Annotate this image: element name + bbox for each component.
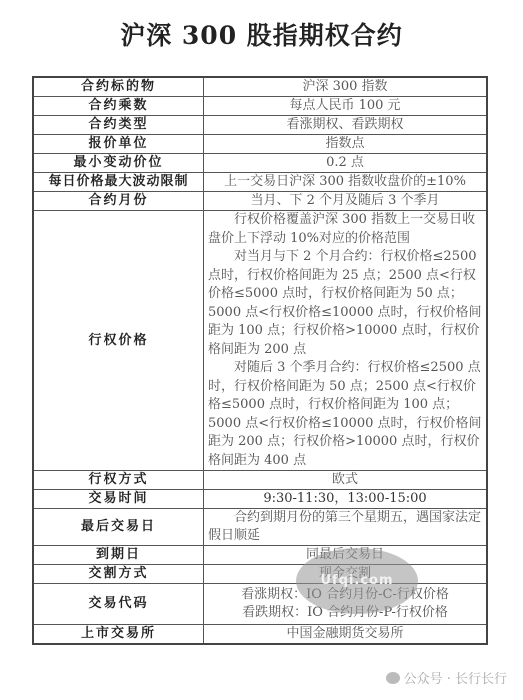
- row-label: 最小变动价位: [33, 154, 204, 173]
- row-value: 行权价格覆盖沪深 300 指数上一交易日收盘价上下浮动 10%对应的价格范围 对…: [204, 211, 488, 471]
- table-row: 每日价格最大波动限制 上一交易日沪深 300 指数收盘价的±10%: [33, 173, 487, 192]
- row-label: 交割方式: [33, 565, 204, 584]
- row-label: 合约月份: [33, 192, 204, 211]
- footer-text: 公众号 · 长行长行: [404, 668, 507, 687]
- row-value: 合约到期月份的第三个星期五，遇国家法定假日顺延: [204, 509, 488, 546]
- row-label: 报价单位: [33, 135, 204, 154]
- footer-attribution: 公众号 · 长行长行: [386, 668, 507, 687]
- row-value: 欧式: [204, 471, 488, 490]
- row-value: 沪深 300 指数: [204, 77, 488, 97]
- table-row: 报价单位 指数点: [33, 135, 487, 154]
- table-row: 交易时间 9:30-11:30，13:00-15:00: [33, 490, 487, 509]
- table-row: 合约乘数 每点人民币 100 元: [33, 97, 487, 116]
- table-row: 合约标的物 沪深 300 指数: [33, 77, 487, 97]
- row-value: 每点人民币 100 元: [204, 97, 488, 116]
- row-value: 指数点: [204, 135, 488, 154]
- table-row: 最小变动价位 0.2 点: [33, 154, 487, 173]
- near-month-strike-paragraph: 对当月与下 2 个月合约：行权价格≤2500 点时，行权价格间距为 25 点；2…: [208, 248, 482, 359]
- row-label: 交易代码: [33, 584, 204, 625]
- row-label: 每日价格最大波动限制: [33, 173, 204, 192]
- table-row: 到期日 同最后交易日: [33, 546, 487, 565]
- row-label: 上市交易所: [33, 625, 204, 645]
- row-label: 交易时间: [33, 490, 204, 509]
- row-value: 上一交易日沪深 300 指数收盘价的±10%: [204, 173, 488, 192]
- row-value: 中国金融期货交易所: [204, 625, 488, 645]
- table-row: 合约类型 看涨期权、看跌期权: [33, 116, 487, 135]
- row-value: 当月、下 2 个月及随后 3 个季月: [204, 192, 488, 211]
- last-trading-day-text: 合约到期月份的第三个星期五，遇国家法定假日顺延: [208, 509, 482, 545]
- table-row: 交割方式 现金交割: [33, 565, 487, 584]
- document-title: 沪深 300 股指期权合约: [0, 16, 523, 52]
- table-row: 最后交易日 合约到期月份的第三个星期五，遇国家法定假日顺延: [33, 509, 487, 546]
- row-value: 9:30-11:30，13:00-15:00: [204, 490, 488, 509]
- table-row: 交易代码 看涨期权：IO 合约月份-C-行权价格 看跌期权：IO 合约月份-P-…: [33, 584, 487, 625]
- table-row: 行权方式 欧式: [33, 471, 487, 490]
- watermark: Ufqi.com: [296, 548, 418, 614]
- row-label: 合约类型: [33, 116, 204, 135]
- strike-range-paragraph: 行权价格覆盖沪深 300 指数上一交易日收盘价上下浮动 10%对应的价格范围: [208, 211, 482, 248]
- row-value: 0.2 点: [204, 154, 488, 173]
- table-row: 行权价格 行权价格覆盖沪深 300 指数上一交易日收盘价上下浮动 10%对应的价…: [33, 211, 487, 471]
- quarterly-strike-paragraph: 对随后 3 个季月合约：行权价格≤2500 点时，行权价格间距为 50 点；25…: [208, 359, 482, 470]
- row-label: 最后交易日: [33, 509, 204, 546]
- contract-spec-table: 合约标的物 沪深 300 指数 合约乘数 每点人民币 100 元 合约类型 看涨…: [32, 76, 488, 645]
- row-label: 合约乘数: [33, 97, 204, 116]
- row-value: 看涨期权、看跌期权: [204, 116, 488, 135]
- row-label: 合约标的物: [33, 77, 204, 97]
- row-label: 行权方式: [33, 471, 204, 490]
- wechat-icon: [386, 672, 400, 684]
- row-label: 行权价格: [33, 211, 204, 471]
- table-row: 上市交易所 中国金融期货交易所: [33, 625, 487, 645]
- table-row: 合约月份 当月、下 2 个月及随后 3 个季月: [33, 192, 487, 211]
- row-label: 到期日: [33, 546, 204, 565]
